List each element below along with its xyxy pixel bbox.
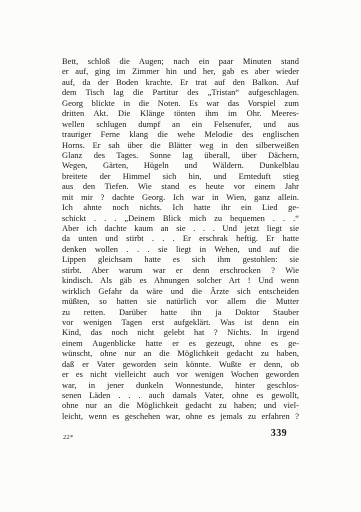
text-line: da unten und stirbt . . . Er erschrak he…	[62, 234, 299, 244]
text-line: wünscht, ohne nur an die Möglichkeit ged…	[62, 349, 299, 359]
text-line: Lippen gleichsam hatte es sich ihm gesto…	[62, 255, 299, 265]
text-line: vor wenigen Tagen erst aufgeklärt. Was i…	[62, 318, 299, 328]
text-line: wirklich Gefahr da wäre und die Ärzte si…	[62, 287, 299, 297]
page-number: 339	[271, 428, 287, 439]
text-line: Aber ich dachte kaum an sie . . . Und je…	[62, 224, 299, 234]
text-line: senen Läden . . . auch damals Vater, ohn…	[62, 391, 299, 401]
text-line: aus den Tiefen. Wie stand es heute vor e…	[62, 182, 299, 192]
text-line: Wegen, Gärten, Hügeln und Wäldern. Dunke…	[62, 161, 299, 171]
signature-mark: 22*	[63, 434, 74, 441]
text-line: war, in jener dunkeln Wonnestunde, hinte…	[62, 381, 299, 391]
text-line: dritten Akt. Die Klänge tönten ihm im Oh…	[62, 109, 299, 119]
text-line: denken wollen . . . sie liegt in Wehen, …	[62, 245, 299, 255]
page-text: Bett, schloß die Augen; nach ein paar Mi…	[62, 57, 299, 422]
text-line: kindisch. Als gäb es Ahnungen solcher Ar…	[62, 276, 299, 286]
text-line: leicht, wenn es geschehen war, ohne es j…	[62, 412, 299, 422]
text-line: müßten, so hatten sie natürlich vor alle…	[62, 297, 299, 307]
text-line: trauriger Ferne klang die wehe Melodie d…	[62, 130, 299, 140]
text-line: auf, da der Boden krachte. Er trat auf d…	[62, 78, 299, 88]
text-line: er auf, ging im Zimmer hin und her, gab …	[62, 67, 299, 77]
page-footer: 22* 339	[62, 428, 299, 442]
text-line: breitete der Himmel sich hin, und Ernted…	[62, 172, 299, 182]
text-line: wellen schlugen dumpf an ein Felsenufer,…	[62, 120, 299, 130]
text-line: Bett, schloß die Augen; nach ein paar Mi…	[62, 57, 299, 67]
text-line: mit mir ? dachte Georg. Ich war in Wien,…	[62, 193, 299, 203]
text-line: einem Augenblicke hatte er es gezeugt, o…	[62, 339, 299, 349]
text-line: ohne nur an die Möglichkeit gedacht zu h…	[62, 401, 299, 411]
text-line: Glanz des Tages. Sonne lag überall, über…	[62, 151, 299, 161]
text-line: Kind, das noch nicht gelebt hat ? Nichts…	[62, 328, 299, 338]
text-line: Horns. Er sah über die Blätter weg in de…	[62, 141, 299, 151]
text-line: stirbt. Aber warum war er denn erschrock…	[62, 266, 299, 276]
text-line: daß er Vater geworden sein könnte. Wußte…	[62, 360, 299, 370]
text-line: er es nicht vielleicht auch vor wenigen …	[62, 370, 299, 380]
text-line: schickt . . . „Deinem Blick mich zu bequ…	[62, 214, 299, 224]
text-line: zu retten. Darüber hatte ihn ja Doktor S…	[62, 308, 299, 318]
text-line: Ich ahnte noch nichts. Ich hatte ihr ein…	[62, 203, 299, 213]
text-line: Georg blickte in die Noten. Es war das V…	[62, 99, 299, 109]
text-line: dem Tisch lag die Partitur des „Tristan“…	[62, 88, 299, 98]
book-page: Bett, schloß die Augen; nach ein paar Mi…	[0, 0, 361, 512]
